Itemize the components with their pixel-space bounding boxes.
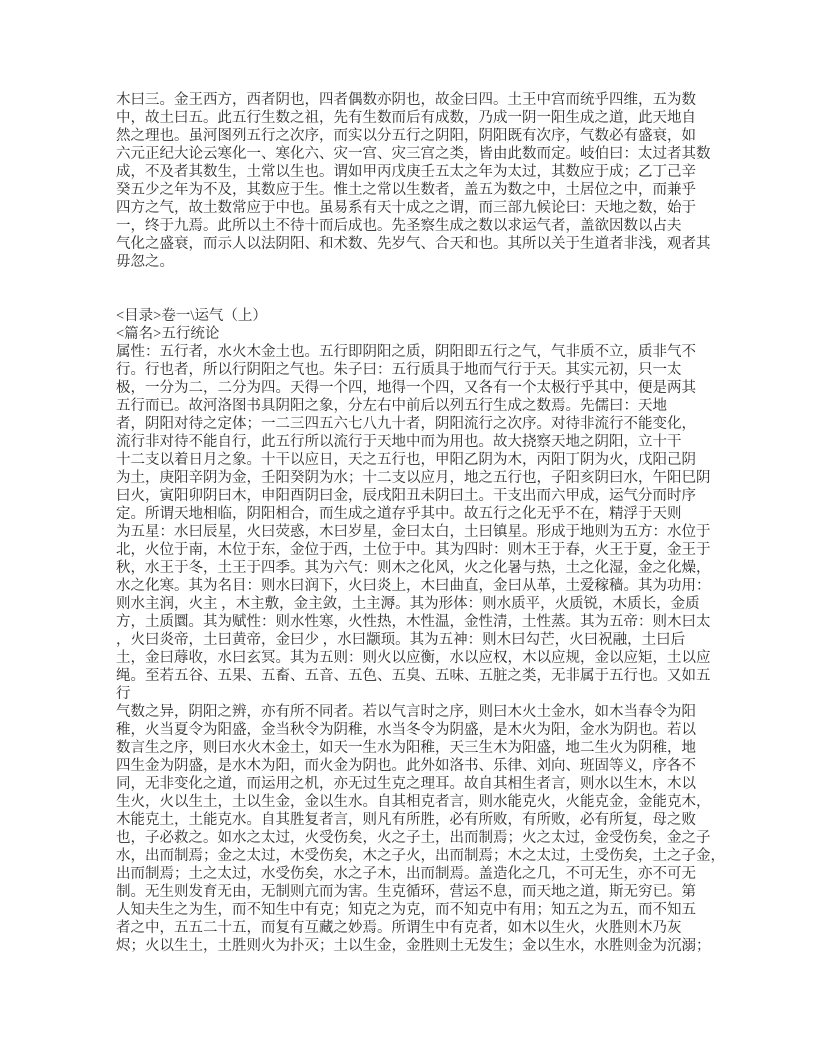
text-line: 土，金曰蓐收，水曰玄冥。其为五则：则火以应衡，水以应权，木以应规，金以应矩，土以… xyxy=(116,649,712,667)
text-line: 同，无非变化之道，而运用之机，亦无过生克之理耳。故自其相生者言，则水以生木，木以 xyxy=(116,775,712,793)
text-line: 数言生之序，则曰水火木金土，如天一生水为阳稚，天三生木为阳盛，地二生火为阴稚，地 xyxy=(116,739,712,757)
text-line: 人知夫生之为生，而不知生中有克；知克之为克，而不知克中有用；知五之为五，而不知五 xyxy=(116,901,712,919)
text-line: 北，火位于南，木位于东，金位于西，土位于中。其为四时：则木王于春，火王于夏，金王… xyxy=(116,541,712,559)
text-line: 然之理也。虽河图列五行之次序，而实以分五行之阴阳，阴阳既有次序，气数必有盛衰，如 xyxy=(116,127,712,145)
text-line: 五行而已。故河洛图书具阴阳之象，分左右中前后以列五行生成之数焉。先儒曰：天地 xyxy=(116,397,712,415)
text-line: 秋，水王于冬，土王于四季。其为六气：则木之化风，火之化暑与热，土之化湿，金之化燥… xyxy=(116,559,712,577)
text-line: 定。所谓天地相临，阴阳相合，而生成之道存乎其中。故五行之化无乎不在，精浮于天则 xyxy=(116,505,712,523)
text-line: 者之中，五五二十五，而复有互藏之妙焉。所谓生中有克者，如木以生火，火胜则木乃灰 xyxy=(116,919,712,937)
catalog-line: <目录>卷一\运气（上） xyxy=(116,307,712,325)
text-line: 者，阴阳对待之定体；一二三四五六七八九十者，阴阳流行之次序。对待非流行不能变化， xyxy=(116,415,712,433)
text-line: 流行非对待不能自行，此五行所以流行于天地中而为用也。故大挠察天地之阴阳，立十干 xyxy=(116,433,712,451)
text-block: 木曰三。金王西方，西者阴也，四者偶数亦阴也，故金曰四。土王中宫而统乎四维，五为数… xyxy=(116,91,712,955)
paragraph-gap xyxy=(116,271,712,307)
text-line: 行 xyxy=(116,685,712,703)
text-line: 行。行也者，所以行阴阳之气也。朱子曰：五行质具于地而气行于天。其实元初，只一太 xyxy=(116,361,712,379)
text-line: 稚，火当夏令为阳盛，金当秋令为阴稚，水当冬令为阴盛，是木火为阳，金水为阴也。若以 xyxy=(116,721,712,739)
text-line: 气化之盛衰，而示人以法阴阳、和术数、先岁气、合天和也。其所以关于生道者非浅，观者… xyxy=(116,235,712,253)
text-line: 癸五少之年为不及，其数应于生。惟土之常以生数者，盖五为数之中，土居位之中，而兼乎 xyxy=(116,181,712,199)
section-title-line: <篇名>五行统论 xyxy=(116,325,712,343)
text-line: 木能克土，土能克水。自其胜复者言，则凡有所胜，必有所败，有所败，必有所复，母之败 xyxy=(116,811,712,829)
text-line: 中，故土曰五。此五行生数之祖，先有生数而后有成数，乃成一阴一阳生成之道，此天地自 xyxy=(116,109,712,127)
text-line: 木曰三。金王西方，西者阴也，四者偶数亦阴也，故金曰四。土王中宫而统乎四维，五为数 xyxy=(116,91,712,109)
text-line: 气数之异，阴阳之辨，亦有所不同者。若以气言时之序，则曰木火土金水，如木当春令为阳 xyxy=(116,703,712,721)
text-line: 四方之气，故土数常应于中也。虽易系有天十成之之谓，而三部九候论曰：天地之数，始于 xyxy=(116,199,712,217)
text-line: 极，一分为二，二分为四。天得一个四，地得一个四，又各有一个太极行乎其中，便是两其 xyxy=(116,379,712,397)
text-line: 出而制焉；土之太过，水受伤矣，水之子木，出而制焉。盖造化之几，不可无生，亦不可无 xyxy=(116,865,712,883)
text-line: 毋忽之。 xyxy=(116,253,712,271)
body-paragraph: 属性：五行者，水火木金土也。五行即阴阳之质，阴阳即五行之气，气非质不立，质非气不… xyxy=(116,343,712,955)
text-line: 水，出而制焉；金之太过，木受伤矣，木之子火，出而制焉；木之太过，土受伤矣，土之子… xyxy=(116,847,712,865)
text-line: 则水主润，火主 ，木主敷，金主敛，土主溽。其为形体：则水质平，火质锐，木质长，金… xyxy=(116,595,712,613)
text-line: 也，子必救之。如水之太过，火受伤矣，火之子土，出而制焉；火之太过，金受伤矣，金之… xyxy=(116,829,712,847)
text-line: 为土，庚阳辛阴为金，壬阳癸阴为水；十二支以应月，地之五行也，子阳亥阴曰水，午阳巳… xyxy=(116,469,712,487)
text-line: 十二支以着日月之象。十干以应日，天之五行也，甲阳乙阴为木，丙阳丁阴为火，戊阳己阴 xyxy=(116,451,712,469)
text-line: 为五星：水曰辰星，火曰荧惑，木曰岁星，金曰太白，土曰镇星。形成于地则为五方：水位… xyxy=(116,523,712,541)
text-line: 成，不及者其数生，土常以生也。谓如甲丙戊庚壬五太之年为太过，其数应于成；乙丁己辛 xyxy=(116,163,712,181)
text-line: ，火曰炎帝，土曰黄帝，金曰少 ，水曰颛顼。其为五神：则木曰勾芒，火曰祝融，土曰后 xyxy=(116,631,712,649)
text-line: 属性：五行者，水火木金土也。五行即阴阳之质，阴阳即五行之气，气非质不立，质非气不 xyxy=(116,343,712,361)
text-line: 一，终于九焉。此所以土不待十而后成也。先圣察生成之数以求运气者，盖欲因数以占夫 xyxy=(116,217,712,235)
text-line: 方，土质圜。其为赋性：则水性寒，火性热，木性温，金性清，土性蒸。其为五帝：则木曰… xyxy=(116,613,712,631)
text-line: 烬；火以生土，土胜则火为扑灭；土以生金，金胜则土无发生；金以生水，水胜则金为沉溺… xyxy=(116,937,712,955)
document-page: 木曰三。金王西方，西者阴也，四者偶数亦阴也，故金曰四。土王中宫而统乎四维，五为数… xyxy=(0,0,816,1056)
text-line: 四生金为阴盛，是水木为阳，而火金为阴也。此外如洛书、乐律、刘向、班固等义，序各不 xyxy=(116,757,712,775)
text-line: 六元正纪大论云寒化一、寒化六、灾一宫、灾三宫之类，皆由此数而定。岐伯曰：太过者其… xyxy=(116,145,712,163)
text-line: 水之化寒。其为名目：则水曰润下，火曰炎上，木曰曲直，金曰从革，土爱稼穑。其为功用… xyxy=(116,577,712,595)
text-line: 制。无生则发育无由，无制则亢而为害。生克循环，营运不息，而天地之道，斯无穷已。第 xyxy=(116,883,712,901)
text-line: 绳。至若五谷、五果、五畜、五音、五色、五臭、五味、五脏之类，无非属于五行也。又如… xyxy=(116,667,712,685)
intro-paragraph: 木曰三。金王西方，西者阴也，四者偶数亦阴也，故金曰四。土王中宫而统乎四维，五为数… xyxy=(116,91,712,271)
text-line: 生火，火以生土，土以生金，金以生水。自其相克者言，则水能克火，火能克金，金能克木… xyxy=(116,793,712,811)
text-line: 曰火，寅阳卯阴曰木，申阳酉阴曰金，辰戌阳丑未阴曰土。干支出而六甲成，运气分而时序 xyxy=(116,487,712,505)
